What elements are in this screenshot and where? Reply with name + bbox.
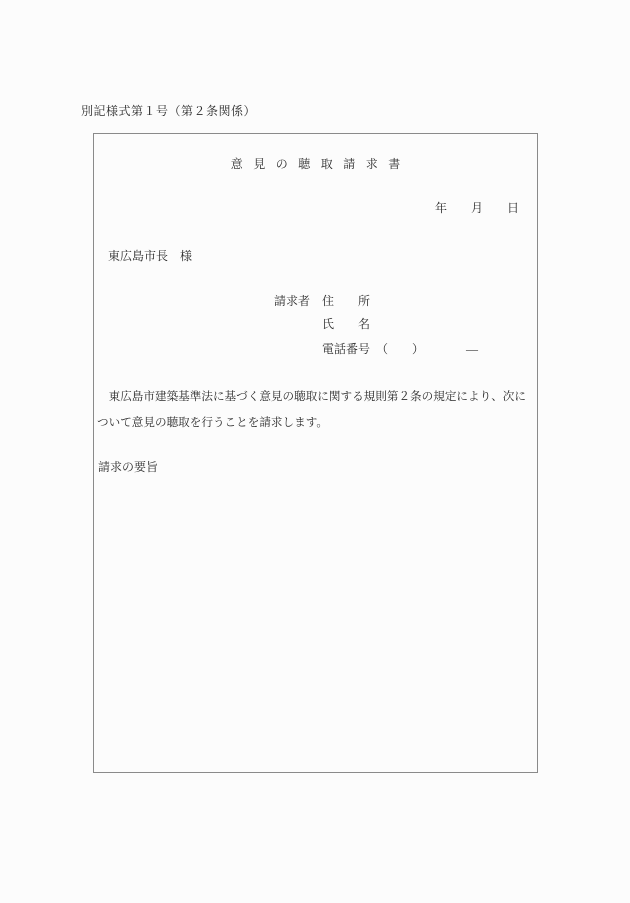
name-field-label: 氏 名 — [322, 318, 370, 330]
address-field-label: 住 所 — [322, 295, 370, 307]
form-number-label: 別記様式第１号（第２条関係） — [81, 105, 256, 118]
document-page: 別記様式第１号（第２条関係） 意見の聴取請求書 年 月 日 東広島市長 様 請求… — [0, 0, 630, 903]
request-body-text: 東広島市建築基準法に基づく意見の聴取に関する規則第２条の規定により、次について意… — [97, 384, 530, 436]
phone-field-label: 電話番号 （ ） ― — [322, 343, 478, 355]
document-frame: 意見の聴取請求書 年 月 日 東広島市長 様 請求者 住 所 氏 名 電話番号 … — [93, 133, 538, 773]
document-title: 意見の聴取請求書 — [94, 158, 537, 170]
requester-label: 請求者 — [274, 295, 310, 307]
date-line: 年 月 日 — [435, 202, 519, 214]
addressee-line: 東広島市長 様 — [108, 250, 192, 262]
request-summary-label: 請求の要旨 — [98, 461, 158, 473]
